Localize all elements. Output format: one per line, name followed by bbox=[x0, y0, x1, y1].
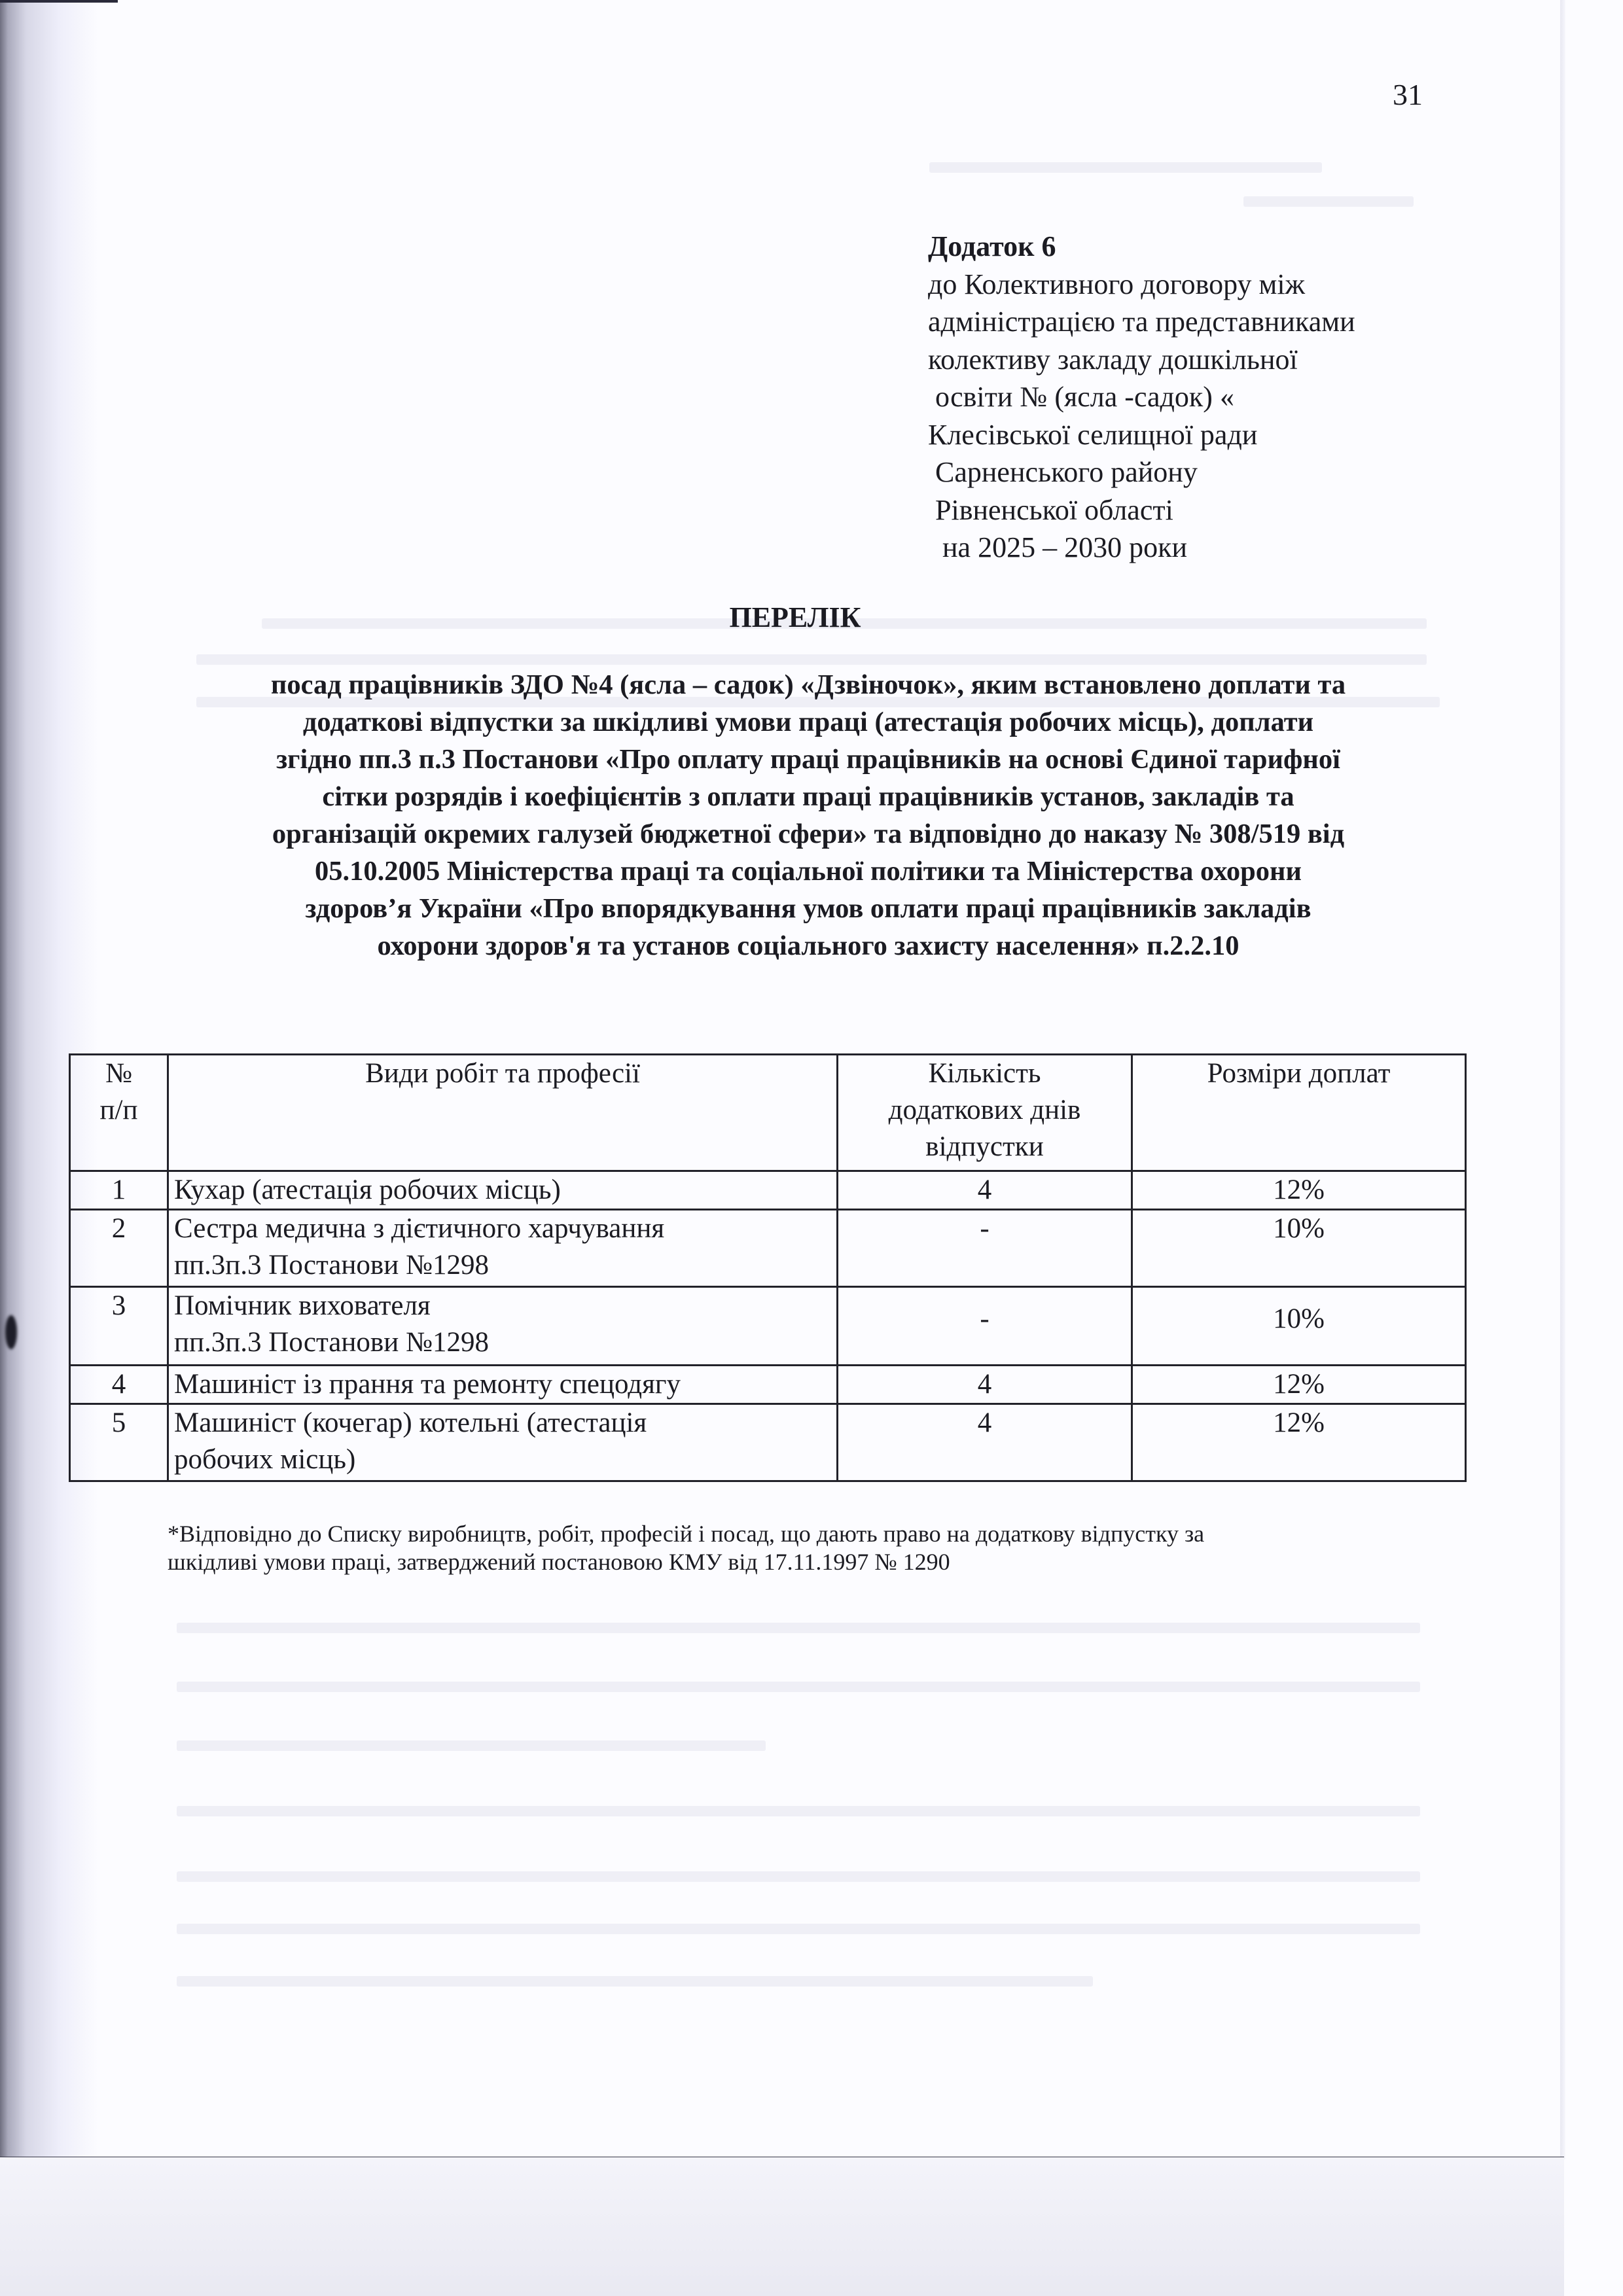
row-profession: Помічник вихователя пп.3п.3 Постанови №1… bbox=[168, 1287, 838, 1366]
row-extra-days: - bbox=[838, 1210, 1132, 1287]
appendix-block: Додаток 6 до Колективного договору між а… bbox=[928, 228, 1355, 567]
appendix-heading: Додаток 6 bbox=[928, 228, 1355, 266]
footnote: *Відповідно до Списку виробництв, робіт,… bbox=[168, 1520, 1411, 1576]
row-pay-size: 12% bbox=[1132, 1404, 1466, 1481]
subtitle-line: посад працівників ЗДО №4 (ясла – садок) … bbox=[157, 666, 1459, 703]
appendix-line: адміністрацією та представниками bbox=[928, 303, 1355, 341]
appendix-line: Сарненського району bbox=[928, 453, 1355, 491]
row-extra-days: 4 bbox=[838, 1171, 1132, 1210]
row-profession: Машиніст із прання та ремонту спецодягу bbox=[168, 1366, 838, 1404]
row-pay-size: 12% bbox=[1132, 1171, 1466, 1210]
row-profession: Сестра медична з дієтичного харчування п… bbox=[168, 1210, 838, 1287]
document-subtitle: посад працівників ЗДО №4 (ясла – садок) … bbox=[157, 666, 1459, 964]
profession-line: Кухар (атестація робочих місць) bbox=[174, 1172, 831, 1209]
appendix-line: колективу закладу дошкільної bbox=[928, 341, 1355, 379]
header-pay-size: Розміри доплат bbox=[1132, 1055, 1466, 1171]
table-row: 5 Машиніст (кочегар) котельні (атестація… bbox=[70, 1404, 1466, 1481]
scan-edge bbox=[0, 0, 118, 3]
profession-line: робочих місць) bbox=[174, 1441, 831, 1478]
table-row: 1 Кухар (атестація робочих місць) 4 12% bbox=[70, 1171, 1466, 1210]
appendix-line: освіти № (ясла -садок) « bbox=[928, 378, 1355, 416]
profession-line: пп.3п.3 Постанови №1298 bbox=[174, 1247, 831, 1284]
row-extra-days: - bbox=[838, 1287, 1132, 1366]
page-number: 31 bbox=[1393, 77, 1423, 112]
profession-line: Машиніст (кочегар) котельні (атестація bbox=[174, 1405, 831, 1441]
row-num: 5 bbox=[70, 1404, 168, 1481]
header-profession: Види робіт та професії bbox=[168, 1055, 838, 1171]
document-title: ПЕРЕЛІК bbox=[0, 601, 1590, 634]
profession-line: Сестра медична з дієтичного харчування bbox=[174, 1210, 831, 1247]
subtitle-line: організацій окремих галузей бюджетної сф… bbox=[157, 815, 1459, 853]
subtitle-line: згідно пп.3 п.3 Постанови «Про оплату пр… bbox=[157, 741, 1459, 778]
positions-table: № п/п Види робіт та професії Кількість д… bbox=[69, 1053, 1467, 1482]
scanner-bed bbox=[0, 2157, 1564, 2296]
footnote-line: *Відповідно до Списку виробництв, робіт,… bbox=[168, 1520, 1411, 1548]
header-num-line: № bbox=[76, 1055, 162, 1092]
subtitle-line: охорони здоров'я та установ соціального … bbox=[157, 927, 1459, 964]
row-pay-size-value: 10% bbox=[1273, 1303, 1325, 1334]
subtitle-line: здоров’я України «Про впорядкування умов… bbox=[157, 890, 1459, 927]
row-extra-days: 4 bbox=[838, 1404, 1132, 1481]
row-num: 3 bbox=[70, 1287, 168, 1366]
row-extra-days: 4 bbox=[838, 1366, 1132, 1404]
subtitle-line: додаткові відпустки за шкідливі умови пр… bbox=[157, 703, 1459, 741]
table-header-row: № п/п Види робіт та професії Кількість д… bbox=[70, 1055, 1466, 1171]
header-extra-days: Кількість додаткових днів відпустки bbox=[838, 1055, 1132, 1171]
table-row: 3 Помічник вихователя пп.3п.3 Постанови … bbox=[70, 1287, 1466, 1366]
punch-hole-mark bbox=[5, 1315, 17, 1349]
header-num: № п/п bbox=[70, 1055, 168, 1171]
appendix-line: на 2025 – 2030 роки bbox=[928, 529, 1355, 567]
row-pay-size: 10% bbox=[1132, 1210, 1466, 1287]
row-num: 2 bbox=[70, 1210, 168, 1287]
row-num: 4 bbox=[70, 1366, 168, 1404]
back-sheet-edge bbox=[1560, 0, 1565, 2159]
header-days-line: додаткових днів bbox=[844, 1092, 1126, 1129]
subtitle-line: 05.10.2005 Міністерства праці та соціаль… bbox=[157, 853, 1459, 890]
row-pay-size: 10% bbox=[1132, 1287, 1466, 1366]
profession-line: Машиніст із прання та ремонту спецодягу bbox=[174, 1366, 831, 1403]
header-num-line: п/п bbox=[76, 1092, 162, 1129]
row-num: 1 bbox=[70, 1171, 168, 1210]
appendix-line: Клесівської селищної ради bbox=[928, 416, 1355, 454]
header-days-line: Кількість bbox=[844, 1055, 1126, 1092]
profession-line: пп.3п.3 Постанови №1298 bbox=[174, 1324, 831, 1361]
header-days-line: відпустки bbox=[844, 1129, 1126, 1165]
profession-line: Помічник вихователя bbox=[174, 1288, 831, 1324]
appendix-line: Рівненської області bbox=[928, 491, 1355, 529]
appendix-line: до Колективного договору між bbox=[928, 266, 1355, 304]
row-profession: Кухар (атестація робочих місць) bbox=[168, 1171, 838, 1210]
table-row: 4 Машиніст із прання та ремонту спецодяг… bbox=[70, 1366, 1466, 1404]
row-pay-size: 12% bbox=[1132, 1366, 1466, 1404]
row-profession: Машиніст (кочегар) котельні (атестація р… bbox=[168, 1404, 838, 1481]
footnote-line: шкідливі умови праці, затверджений поста… bbox=[168, 1548, 1411, 1576]
row-extra-days-value: - bbox=[980, 1303, 989, 1334]
subtitle-line: сітки розрядів і коефіцієнтів з оплати п… bbox=[157, 778, 1459, 815]
table-row: 2 Сестра медична з дієтичного харчування… bbox=[70, 1210, 1466, 1287]
